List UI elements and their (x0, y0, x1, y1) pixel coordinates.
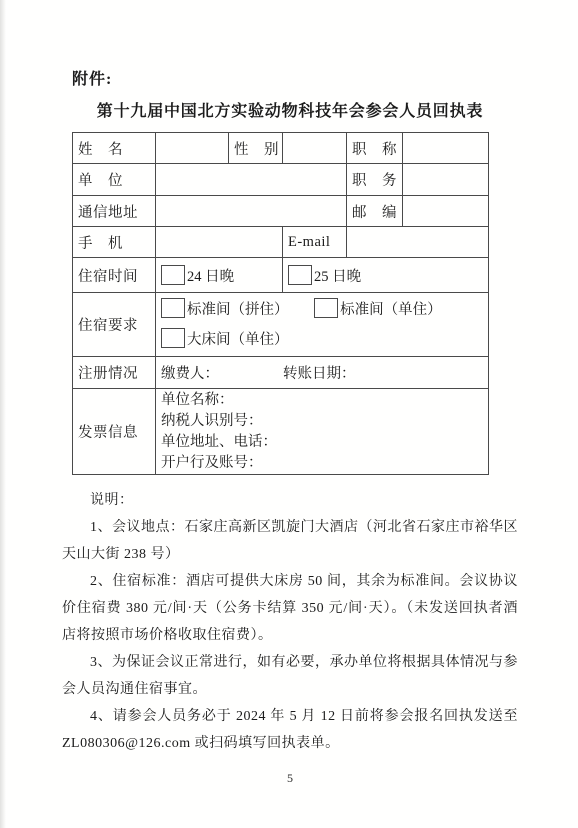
org-label: 单 位 (73, 164, 156, 196)
invoice-label: 发票信息 (73, 389, 156, 475)
stay-option-25-label: 25 日晚 (314, 269, 361, 285)
stay-option-24-label: 24 日晚 (187, 269, 234, 285)
row-name-gender-title: 姓 名 性 别 职 称 (73, 133, 489, 164)
mobile-value-cell (156, 227, 283, 258)
invoice-address-phone-label: 单位地址、电话： (161, 432, 483, 453)
invoice-bank-account-label: 开户行及账号： (161, 453, 483, 474)
row-mobile-email: 手 机 E-mail (73, 227, 489, 258)
reply-form-table: 姓 名 性 别 职 称 单 位 职 务 通信地址 邮 编 手 机 E-mail … (72, 132, 489, 475)
org-value-cell (156, 164, 347, 196)
checkbox-stay-24 (161, 265, 185, 285)
name-value-cell (156, 133, 229, 164)
attachment-label: 附件: (72, 70, 518, 90)
page-title: 第十九届中国北方实验动物科技年会参会人员回执表 (62, 100, 518, 124)
note-item-venue: 1、会议地点：石家庄高新区凯旋门大酒店（河北省石家庄市裕华区天山大街 238 号… (62, 514, 518, 568)
email-value-cell (347, 227, 489, 258)
notes-section: 说明： 1、会议地点：石家庄高新区凯旋门大酒店（河北省石家庄市裕华区天山大街 2… (62, 487, 518, 757)
mobile-label: 手 机 (73, 227, 156, 258)
row-registration: 注册情况 缴费人：转账日期： (73, 357, 489, 389)
address-label: 通信地址 (73, 196, 156, 227)
row-stay-time: 住宿时间 24 日晚 25 日晚 (73, 258, 489, 293)
registration-label: 注册情况 (73, 357, 156, 389)
postcode-value-cell (403, 196, 489, 227)
registration-detail-cell: 缴费人：转账日期： (156, 357, 489, 389)
address-value-cell (156, 196, 347, 227)
document-page: 附件: 第十九届中国北方实验动物科技年会参会人员回执表 姓 名 性 别 职 称 … (0, 0, 578, 828)
note-item-deadline: 4、请参会人员务必于 2024 年 5 月 12 日前将参会报名回执发送至 ZL… (62, 703, 518, 757)
position-label: 职 务 (347, 164, 403, 196)
row-address-postcode: 通信地址 邮 编 (73, 196, 489, 227)
postcode-label: 邮 编 (347, 196, 403, 227)
checkbox-stay-25 (288, 265, 312, 285)
row-org-position: 单 位 职 务 (73, 164, 489, 196)
note-item-lodging-coordination: 3、为保证会议正常进行，如有必要，承办单位将根据具体情况与参会人员沟通住宿事宜。 (62, 649, 518, 703)
row-room-request: 住宿要求 标准间（拼住） 标准间（单住） 大床间（单住） (73, 293, 489, 357)
gender-value-cell (283, 133, 347, 164)
room-option-single-standard-label: 标准间（单住） (340, 302, 442, 318)
note-item-lodging-standard: 2、住宿标准：酒店可提供大床房 50 间，其余为标准间。会议协议价住宿费 380… (62, 568, 518, 649)
room-options-cell: 标准间（拼住） 标准间（单住） 大床间（单住） (156, 293, 489, 357)
invoice-taxpayer-id-label: 纳税人识别号： (161, 411, 483, 432)
gender-label: 性 别 (229, 133, 283, 164)
row-invoice: 发票信息 单位名称： 纳税人识别号： 单位地址、电话： 开户行及账号： (73, 389, 489, 475)
room-req-label: 住宿要求 (73, 293, 156, 357)
stay-night-25-cell: 25 日晚 (283, 258, 489, 293)
position-value-cell (403, 164, 489, 196)
checkbox-king-single (161, 328, 185, 348)
transfer-date-label: 转账日期： (283, 366, 356, 382)
room-option-shared-standard-label: 标准间（拼住） (187, 302, 289, 318)
room-option-single-king-label: 大床间（单住） (187, 332, 289, 348)
stay-night-24-cell: 24 日晚 (156, 258, 283, 293)
invoice-detail-cell: 单位名称： 纳税人识别号： 单位地址、电话： 开户行及账号： (156, 389, 489, 475)
email-label: E-mail (283, 227, 347, 258)
invoice-org-name-label: 单位名称： (161, 390, 483, 411)
stay-time-label: 住宿时间 (73, 258, 156, 293)
name-label: 姓 名 (73, 133, 156, 164)
prof-title-label: 职 称 (347, 133, 403, 164)
prof-title-value-cell (403, 133, 489, 164)
page-number: 5 (62, 771, 518, 786)
checkbox-standard-shared (161, 298, 185, 318)
payer-label: 缴费人： (161, 366, 219, 382)
notes-heading: 说明： (62, 487, 518, 514)
checkbox-standard-single (314, 298, 338, 318)
